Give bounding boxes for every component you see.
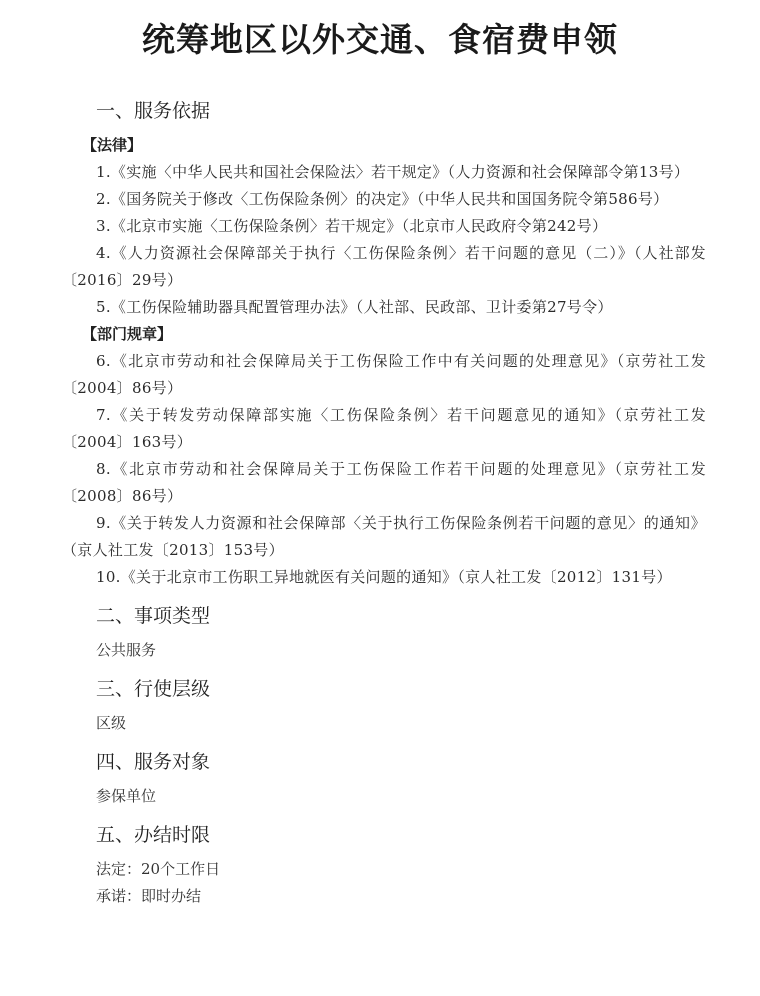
page-title: 统筹地区以外交通、食宿费申领 <box>0 14 760 61</box>
target-value: 参保单位 <box>62 783 706 810</box>
rule-item: 7.《关于转发劳动保障部实施〈工伤保险条例〉若干问题意见的通知》（京劳社工发〔2… <box>62 402 706 456</box>
law-item: 1.《实施〈中华人民共和国社会保险法〉若干规定》（人力资源和社会保障部令第13号… <box>62 159 706 186</box>
rule-item: 10.《关于北京市工伤职工异地就医有关问题的通知》（京人社工发〔2012〕131… <box>62 564 706 591</box>
type-value: 公共服务 <box>62 637 706 664</box>
rule-label: 【部门规章】 <box>62 321 706 348</box>
law-item: 2.《国务院关于修改〈工伤保险条例〉的决定》（中华人民共和国国务院令第586号） <box>62 186 706 213</box>
time-limit-promise: 承诺：即时办结 <box>62 883 706 910</box>
section-heading-type: 二、事项类型 <box>62 601 706 631</box>
section-heading-time-limit: 五、办结时限 <box>62 820 706 850</box>
law-item: 4.《人力资源社会保障部关于执行〈工伤保险条例〉若干问题的意见（二）》（人社部发… <box>62 240 706 294</box>
document-body: 一、服务依据 【法律】 1.《实施〈中华人民共和国社会保险法〉若干规定》（人力资… <box>62 96 706 910</box>
time-limit-legal: 法定：20个工作日 <box>62 856 706 883</box>
rule-item: 8.《北京市劳动和社会保障局关于工伤保险工作若干问题的处理意见》（京劳社工发〔2… <box>62 456 706 510</box>
law-item: 3.《北京市实施〈工伤保险条例〉若干规定》（北京市人民政府令第242号） <box>62 213 706 240</box>
section-heading-level: 三、行使层级 <box>62 674 706 704</box>
law-item: 5.《工伤保险辅助器具配置管理办法》（人社部、民政部、卫计委第27号令） <box>62 294 706 321</box>
law-label: 【法律】 <box>62 132 706 159</box>
level-value: 区级 <box>62 710 706 737</box>
section-heading-basis: 一、服务依据 <box>62 96 706 126</box>
section-heading-target: 四、服务对象 <box>62 747 706 777</box>
rule-item: 6.《北京市劳动和社会保障局关于工伤保险工作中有关问题的处理意见》（京劳社工发〔… <box>62 348 706 402</box>
rule-item: 9.《关于转发人力资源和社会保障部〈关于执行工伤保险条例若干问题的意见〉的通知》… <box>62 510 706 564</box>
